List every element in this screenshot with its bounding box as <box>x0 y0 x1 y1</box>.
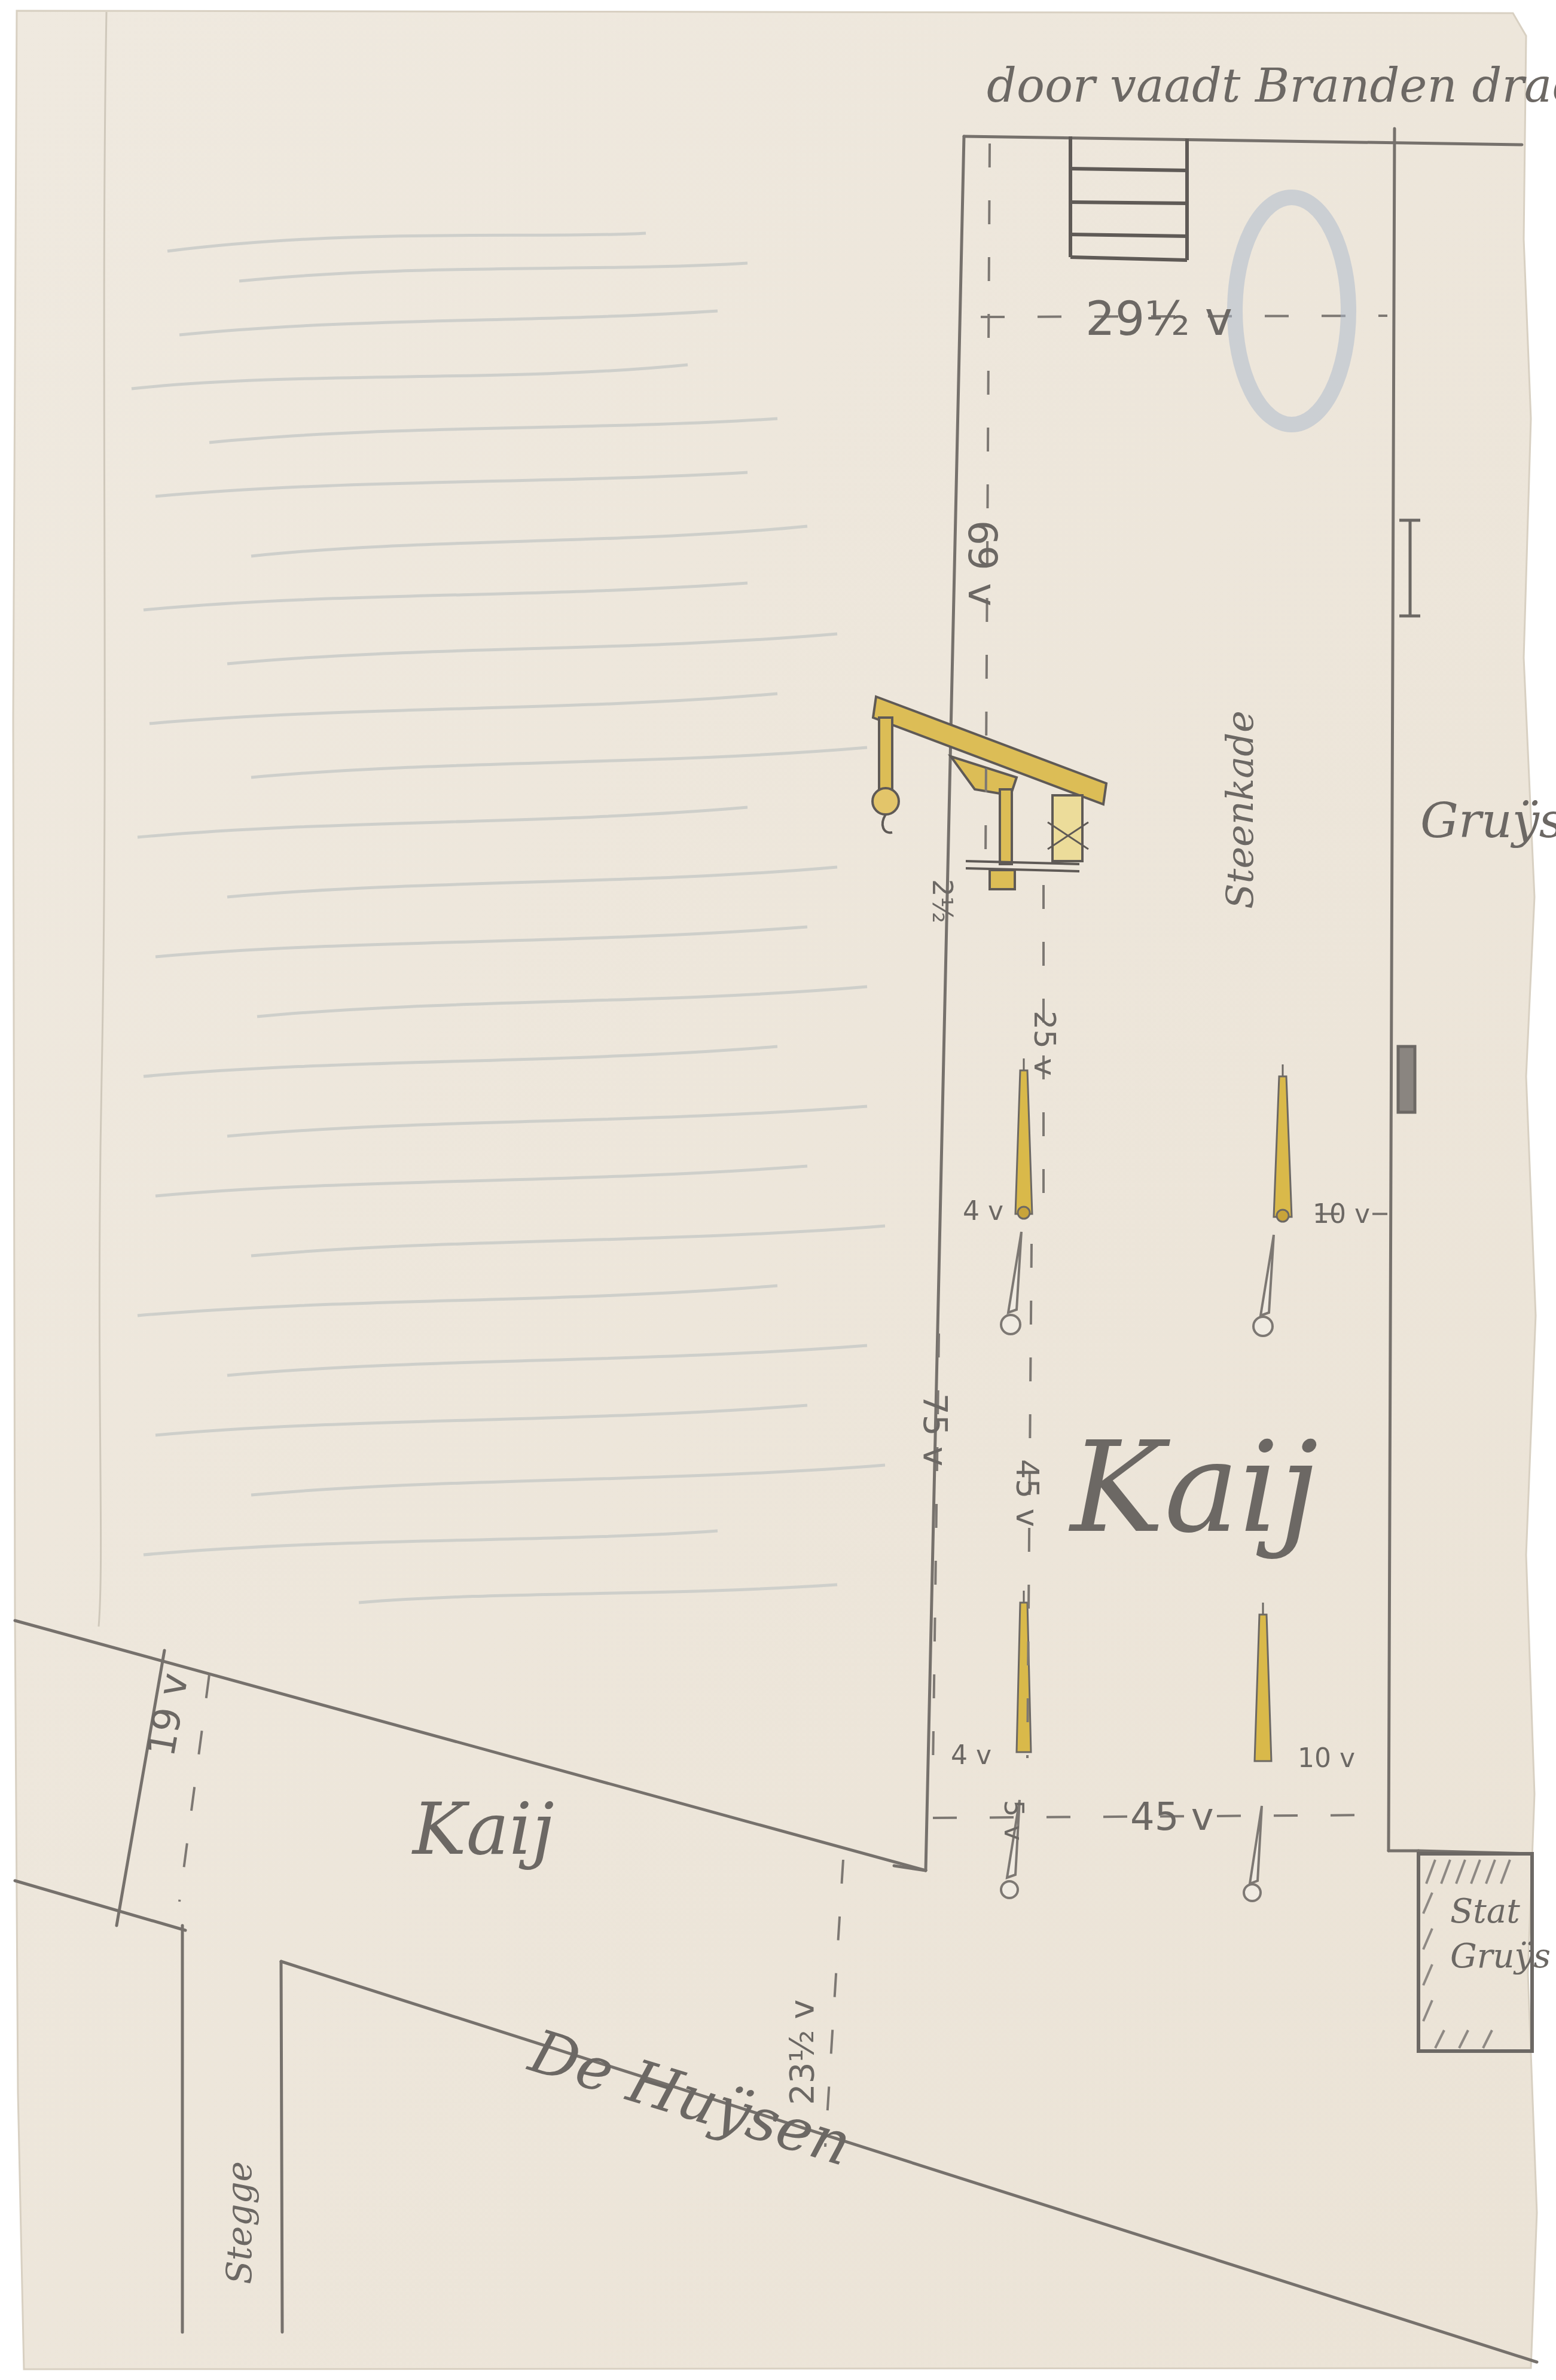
dim-crane-to-post: 25 v <box>1027 1011 1062 1076</box>
dim-post-left-lower: 4 v <box>951 1740 991 1771</box>
stat-gruys-label: Gruÿs <box>1450 1937 1551 1976</box>
dim-length-upper: 69 v <box>959 520 1005 606</box>
dim-street-gap: 23½ v <box>783 2000 822 2105</box>
dim-post-right-lower: 10 v <box>1298 1743 1355 1774</box>
stegge-label: Stegge <box>219 2161 260 2284</box>
steenkade-label: Steenkade <box>1218 710 1262 909</box>
dim-crane-offset: 2½ <box>926 879 959 923</box>
stat-label: Stat <box>1450 1892 1520 1931</box>
quay-plan-drawing: door vaadt Branden dracy 29½ v 69 v 2½ 2… <box>0 0 1556 2380</box>
dim-width-top: 29½ v <box>1085 292 1232 346</box>
dim-ring-offset: 5 v <box>998 1800 1029 1841</box>
dim-posts-spacing: 45 v <box>1009 1459 1045 1527</box>
dim-post-right-upper: 10 v <box>1313 1199 1370 1229</box>
quay-lower-label: Kaij <box>411 1788 554 1871</box>
header-label: door vaadt Branden dracy <box>987 59 1556 113</box>
dim-length-lower: 75 v <box>916 1393 954 1466</box>
dim-post-left-upper: 4 v <box>963 1196 1003 1226</box>
quay-main-label: Kaij <box>1068 1414 1318 1561</box>
dim-width-bottom: 45 v <box>1130 1795 1214 1839</box>
gruys-label: Gruÿs <box>1420 793 1556 849</box>
